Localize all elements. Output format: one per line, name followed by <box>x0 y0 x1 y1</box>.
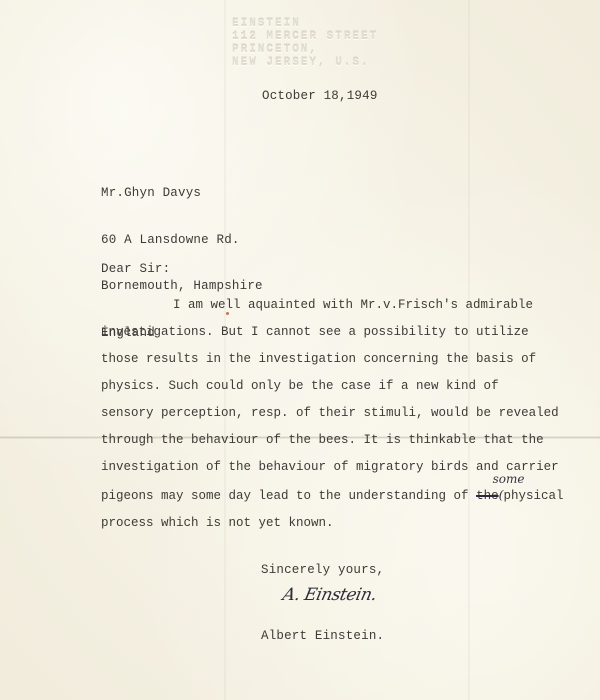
letterhead-line: PRINCETON, <box>232 44 382 57</box>
inserted-word: some <box>493 466 525 493</box>
letterhead-line: 112 MERCER STREET <box>232 31 382 44</box>
letterhead-line: EINSTEIN <box>232 18 382 31</box>
salutation: Dear Sir: <box>101 262 170 276</box>
body-line: sensory perception, resp. of their stimu… <box>101 400 563 427</box>
body-line: physics. Such could only be the case if … <box>101 373 563 400</box>
letter-body: I am well aquainted with Mr.v.Frisch's a… <box>101 292 563 537</box>
body-line: investigations. But I cannot see a possi… <box>101 319 563 346</box>
embossed-letterhead: EINSTEIN 112 MERCER STREET PRINCETON, NE… <box>232 18 382 70</box>
body-line: process which is not yet known. <box>101 510 563 537</box>
body-line: those results in the investigation conce… <box>101 346 563 373</box>
closing: Sincerely yours, <box>261 563 384 577</box>
letter-date: October 18,1949 <box>262 89 378 103</box>
address-line: Mr.Ghyn Davys <box>101 186 263 202</box>
typed-signature-name: Albert Einstein. <box>261 629 384 643</box>
body-text-segment: pigeons may some day lead to the underst… <box>101 489 476 503</box>
body-line: through the behaviour of the bees. It is… <box>101 427 563 454</box>
handwritten-signature: A. Einstein. <box>281 585 379 605</box>
body-line: I am well aquainted with Mr.v.Frisch's a… <box>101 292 563 319</box>
address-line: 60 A Lansdowne Rd. <box>101 233 263 249</box>
handwritten-correction: (some <box>499 481 504 510</box>
body-line-with-correction: pigeons may some day lead to the underst… <box>101 481 563 510</box>
letterhead-line: NEW JERSEY, U.S. <box>232 57 382 70</box>
